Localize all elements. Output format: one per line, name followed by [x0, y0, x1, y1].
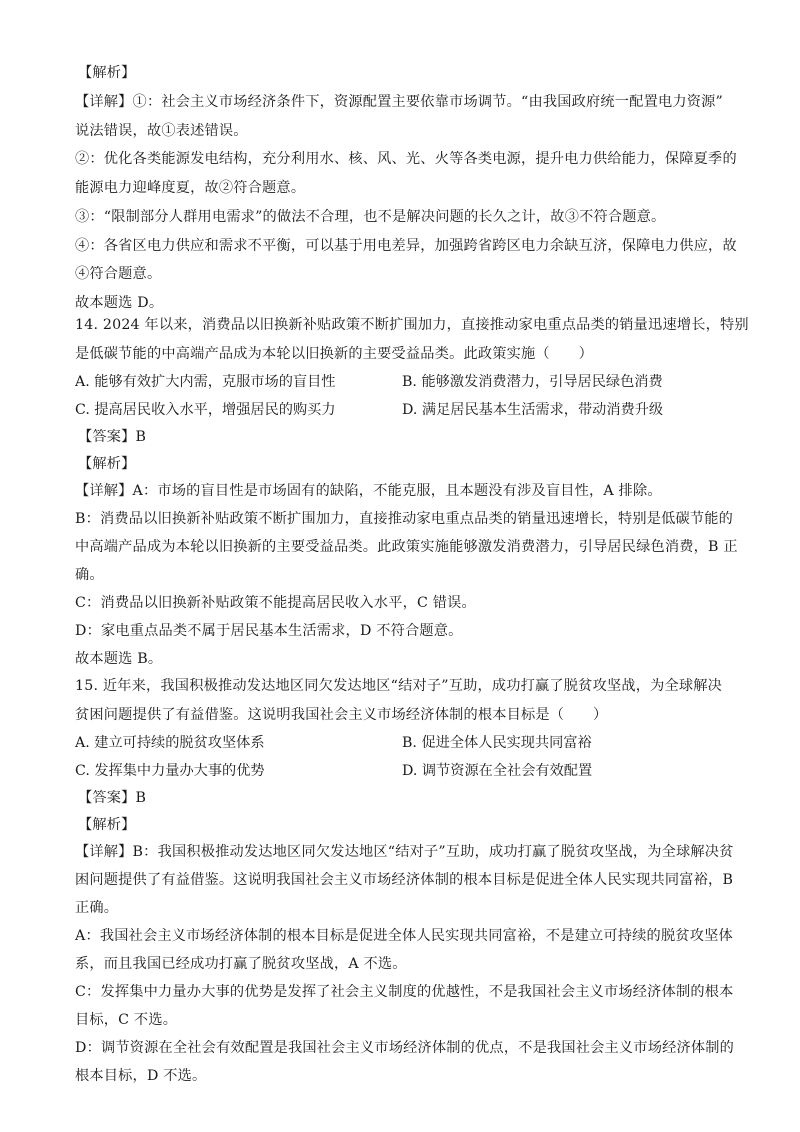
q15-stem-line: 15. 近年来，我国积极推动发达地区同欠发达地区“结对子”互助，成功打赢了脱贫攻…	[75, 677, 735, 695]
q14-detail-line: B：消费品以旧换新补贴政策不断扩围加力，直接推动家电重点品类的销量迅速增长，特别…	[75, 510, 735, 528]
q15-detail-line: D：调节资源在全社会有效配置是我国社会主义市场经济体制的优点，不是我国社会主义市…	[75, 1039, 735, 1057]
q14-option-a: A. 能够有效扩大内需，克服市场的盲目性	[75, 373, 335, 391]
q15-option-d: D. 调节资源在全社会有效配置	[402, 762, 592, 780]
q14-option-c: C. 提高居民收入水平，增强居民的购买力	[75, 401, 336, 419]
q15-detail-line: 【详解】B：我国积极推动发达地区同欠发达地区“结对子”互助，成功打赢了脱贫攻坚战…	[75, 843, 735, 861]
q14-detail-line: 确。	[75, 566, 735, 584]
detail-line: 【详解】①：社会主义市场经济条件下，资源配置主要依靠市场调节。“由我国政府统一配…	[75, 93, 735, 111]
conclusion-line: 故本题选 D。	[75, 294, 735, 312]
q14-option-b: B. 能够激发消费潜力，引导居民绿色消费	[402, 373, 663, 391]
detail-line: ④：各省区电力供应和需求不平衡，可以基于用电差异，加强跨省跨区电力余缺互济，保障…	[75, 237, 735, 255]
q15-detail-line: A：我国社会主义市场经济体制的根本目标是促进全体人民实现共同富裕，不是建立可持续…	[75, 927, 735, 945]
q14-stem-line: 是低碳节能的中高端产品成为本轮以旧换新的主要受益品类。此政策实施（ ）	[75, 345, 735, 363]
detail-line: 说法错误，故①表述错误。	[75, 122, 735, 140]
q14-answer-label: 【答案】B	[78, 428, 738, 446]
q15-detail-line: 困问题提供了有益借鉴。这说明我国社会主义市场经济体制的根本目标是促进全体人民实现…	[75, 871, 735, 889]
q15-detail-line: 正确。	[75, 899, 735, 917]
q14-stem-line: 14. 2024 年以来，消费品以旧换新补贴政策不断扩围加力，直接推动家电重点品…	[75, 316, 735, 334]
q15-detail-line: 系，而且我国已经成功打赢了脱贫攻坚战，A 不选。	[75, 955, 735, 973]
q15-detail-line: 目标，C 不选。	[75, 1011, 735, 1029]
q14-detail-line: C：消费品以旧换新补贴政策不能提高居民收入水平，C 错误。	[75, 594, 735, 612]
q15-answer-label: 【答案】B	[78, 789, 738, 807]
document-page: 【解析】 【详解】①：社会主义市场经济条件下，资源配置主要依靠市场调节。“由我国…	[0, 0, 800, 1132]
q15-detail-line: 根本目标，D 不选。	[75, 1067, 735, 1085]
q15-option-a: A. 建立可持续的脱贫攻坚体系	[75, 734, 265, 752]
q15-option-c: C. 发挥集中力量办大事的优势	[75, 762, 265, 780]
q15-stem-line: 贫困问题提供了有益借鉴。这说明我国社会主义市场经济体制的根本目标是（ ）	[75, 706, 735, 724]
q14-detail-line: 【详解】A：市场的盲目性是市场固有的缺陷，不能克服，且本题没有涉及盲目性，A 排…	[75, 482, 735, 500]
q15-analysis-label: 【解析】	[78, 816, 738, 834]
q14-detail-line: D：家电重点品类不属于居民基本生活需求，D 不符合题意。	[75, 622, 735, 640]
analysis-label: 【解析】	[78, 64, 738, 82]
q14-detail-line: 中高端产品成为本轮以旧换新的主要受益品类。此政策实施能够激发消费潜力，引导居民绿…	[75, 538, 735, 556]
q14-option-d: D. 满足居民基本生活需求，带动消费升级	[402, 401, 663, 419]
detail-line: ④符合题意。	[75, 265, 735, 283]
detail-line: ②：优化各类能源发电结构，充分利用水、核、风、光、火等各类电源，提升电力供给能力…	[75, 150, 735, 168]
q14-conclusion-line: 故本题选 B。	[75, 650, 735, 668]
detail-line: ③：“限制部分人群用电需求”的做法不合理，也不是解决问题的长久之计，故③不符合题…	[75, 208, 735, 226]
q14-analysis-label: 【解析】	[78, 455, 738, 473]
q15-option-b: B. 促进全体人民实现共同富裕	[402, 734, 592, 752]
q15-detail-line: C：发挥集中力量办大事的优势是发挥了社会主义制度的优越性，不是我国社会主义市场经…	[75, 983, 735, 1001]
detail-line: 能源电力迎峰度夏，故②符合题意。	[75, 179, 735, 197]
